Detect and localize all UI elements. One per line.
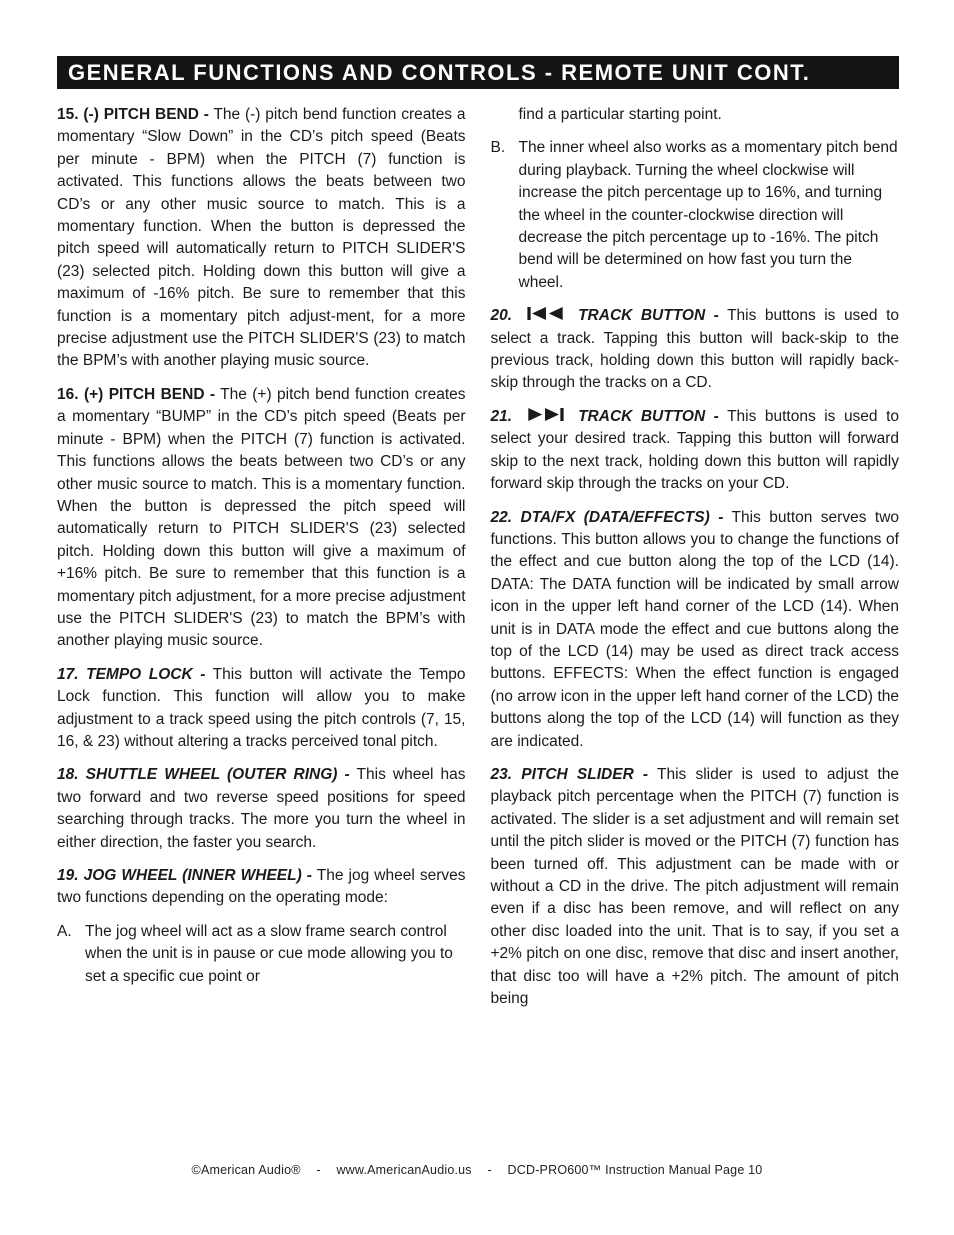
continuation-text: find a particular starting point. <box>491 104 900 126</box>
item-17: 17. TEMPO LOCK - This button will activa… <box>57 664 466 754</box>
footer-copyright: ©American Audio® <box>192 1163 301 1177</box>
item-15: 15. (-) PITCH BEND - The (-) pitch bend … <box>57 104 466 373</box>
list-item-body: The inner wheel also works as a momentar… <box>519 139 898 290</box>
item-number: 16. <box>57 386 79 403</box>
item-18: 18. SHUTTLE WHEEL (OUTER RING) - This wh… <box>57 764 466 854</box>
item-heading: PITCH SLIDER - <box>521 766 648 783</box>
section-title: GENERAL FUNCTIONS AND CONTROLS - REMOTE … <box>68 60 810 85</box>
item-heading: TEMPO LOCK - <box>86 666 205 683</box>
section-header-bar: GENERAL FUNCTIONS AND CONTROLS - REMOTE … <box>57 56 899 89</box>
list-item-body: The jog wheel will act as a slow frame s… <box>85 923 453 985</box>
right-column: find a particular starting point. B. The… <box>491 104 900 1021</box>
item-number: 19. <box>57 867 79 884</box>
item-16: 16. (+) PITCH BEND - The (+) pitch bend … <box>57 384 466 653</box>
item-heading: (-) PITCH BEND - <box>83 106 209 123</box>
list-item-a: A. The jog wheel will act as a slow fram… <box>57 921 466 988</box>
footer-manual-info: DCD-PRO600™ Instruction Manual Page 10 <box>508 1163 763 1177</box>
item-number: 21. <box>491 408 513 425</box>
item-19: 19. JOG WHEEL (INNER WHEEL) - The jog wh… <box>57 865 466 910</box>
manual-page: GENERAL FUNCTIONS AND CONTROLS - REMOTE … <box>0 0 954 1235</box>
item-heading: TRACK BUTTON - <box>578 307 719 324</box>
list-item-label: A. <box>57 921 72 943</box>
next-track-icon <box>526 408 565 421</box>
item-22: 22. DTA/FX (DATA/EFFECTS) - This button … <box>491 507 900 753</box>
item-number: 20. <box>491 307 513 324</box>
item-heading: (+) PITCH BEND - <box>84 386 215 403</box>
left-column: 15. (-) PITCH BEND - The (-) pitch bend … <box>57 104 466 1021</box>
item-21: 21. TRACK BUTTON - This buttons is used … <box>491 406 900 496</box>
item-body: This slider is used to adjust the playba… <box>491 766 900 1007</box>
footer-url: www.AmericanAudio.us <box>336 1163 471 1177</box>
item-heading: DTA/FX (DATA/EFFECTS) - <box>521 509 724 526</box>
item-20: 20. TRACK BUTTON - This buttons is used … <box>491 305 900 395</box>
item-number: 22. <box>491 509 513 526</box>
item-number: 23. <box>491 766 513 783</box>
item-body: This button serves two functions. This b… <box>491 509 900 750</box>
item-number: 15. <box>57 106 79 123</box>
footer-separator: - <box>487 1163 491 1177</box>
previous-track-icon <box>526 307 565 320</box>
item-body: The (-) pitch bend function creates a mo… <box>57 106 466 369</box>
item-heading: TRACK BUTTON - <box>578 408 719 425</box>
item-heading: JOG WHEEL (INNER WHEEL) - <box>84 867 312 884</box>
item-number: 18. <box>57 766 79 783</box>
list-item-b: B. The inner wheel also works as a momen… <box>491 137 900 294</box>
footer-separator: - <box>316 1163 320 1177</box>
list-item-label: B. <box>491 137 506 159</box>
item-heading: SHUTTLE WHEEL (OUTER RING) - <box>86 766 350 783</box>
item-body: The (+) pitch bend function creates a mo… <box>57 386 466 649</box>
item-23: 23. PITCH SLIDER - This slider is used t… <box>491 764 900 1010</box>
content-columns: 15. (-) PITCH BEND - The (-) pitch bend … <box>57 104 899 1021</box>
item-number: 17. <box>57 666 79 683</box>
page-footer: ©American Audio® - www.AmericanAudio.us … <box>0 1163 954 1177</box>
